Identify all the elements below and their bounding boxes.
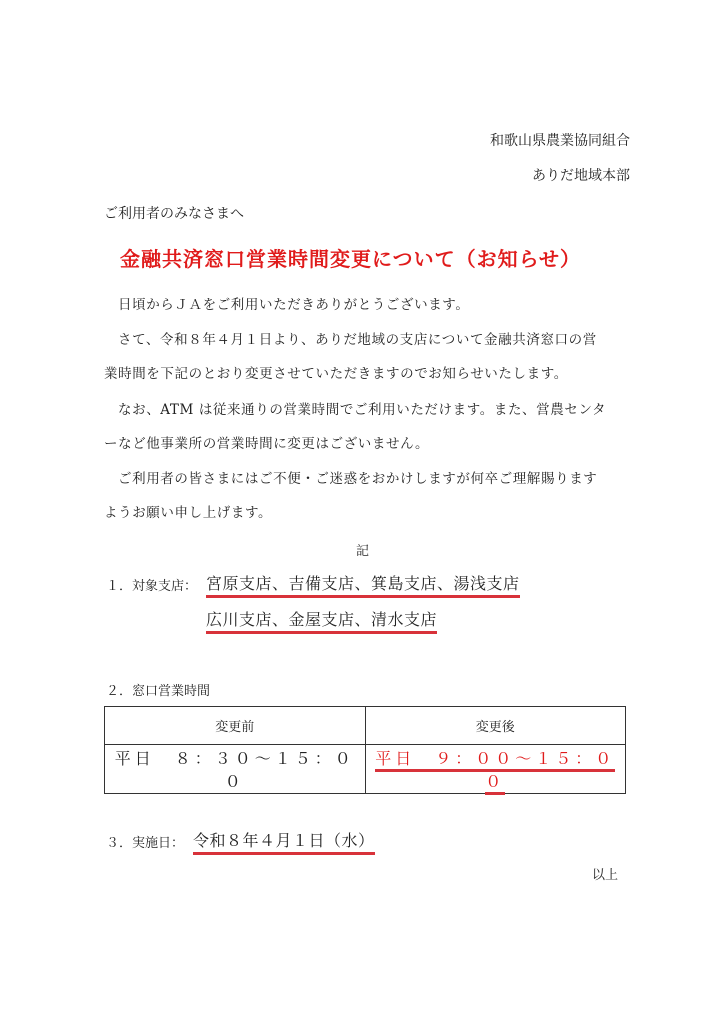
section2-label: ２．窓口営業時間 (106, 680, 210, 699)
hours-after: 平日 ９：００～１５：００ (375, 749, 615, 795)
department-name: ありだ地域本部 (532, 165, 630, 185)
paragraph-atm-line2: ーなど他事業所の営業時間に変更はございません。 (104, 432, 429, 452)
table-header-row: 変更前 変更後 (105, 707, 626, 745)
paragraph-greeting: 日頃からＪＡをご利用いただきありがとうございます。 (118, 293, 469, 313)
document-title: 金融共済窓口営業時間変更について（お知らせ） (120, 243, 581, 272)
paragraph-change-line1: さて、令和８年４月１日より、ありだ地域の支店について金融共済窓口の営 (118, 328, 597, 348)
branches-line1: 宮原支店、吉備支店、箕島支店、湯浅支店 (206, 571, 520, 594)
hours-after-cell: 平日 ９：００～１５：００ (365, 745, 626, 794)
ki-heading: 記 (356, 540, 369, 559)
paragraph-apology-line2: ようお願い申し上げます。 (104, 501, 272, 521)
salutation: ご利用者のみなさまへ (104, 203, 244, 223)
effective-date: 令和８年４月１日（水） (193, 831, 375, 855)
hours-before: 平日 ８：３０～１５：００ (105, 745, 366, 794)
branches-line2: 広川支店、金屋支店、清水支店 (206, 607, 437, 630)
table-row: 平日 ８：３０～１５：００ 平日 ９：００～１５：００ (105, 745, 626, 794)
hours-table: 変更前 変更後 平日 ８：３０～１５：００ 平日 ９：００～１５：００ (104, 706, 626, 794)
header-after: 変更後 (365, 707, 626, 745)
effective-date-wrap: 令和８年４月１日（水） (193, 828, 375, 851)
branches-line1-text: 宮原支店、吉備支店、箕島支店、湯浅支店 (206, 574, 520, 598)
branches-line2-text: 広川支店、金屋支店、清水支店 (206, 610, 437, 634)
paragraph-atm-line1: なお、ATM は従来通りの営業時間でご利用いただけます。また、営農センタ (118, 398, 606, 418)
paragraph-change-line2: 業時間を下記のとおり変更させていただきますのでお知らせいたします。 (104, 362, 568, 382)
organization-name: 和歌山県農業協同組合 (490, 130, 630, 150)
header-before: 変更前 (105, 707, 366, 745)
paragraph-apology-line1: ご利用者の皆さまにはご不便・ご迷惑をおかけしますが何卒ご理解賜ります (118, 467, 597, 487)
closing-mark: 以上 (592, 864, 618, 883)
section3-label: ３．実施日： (106, 832, 184, 851)
section1-label: １．対象支店： (106, 575, 197, 594)
